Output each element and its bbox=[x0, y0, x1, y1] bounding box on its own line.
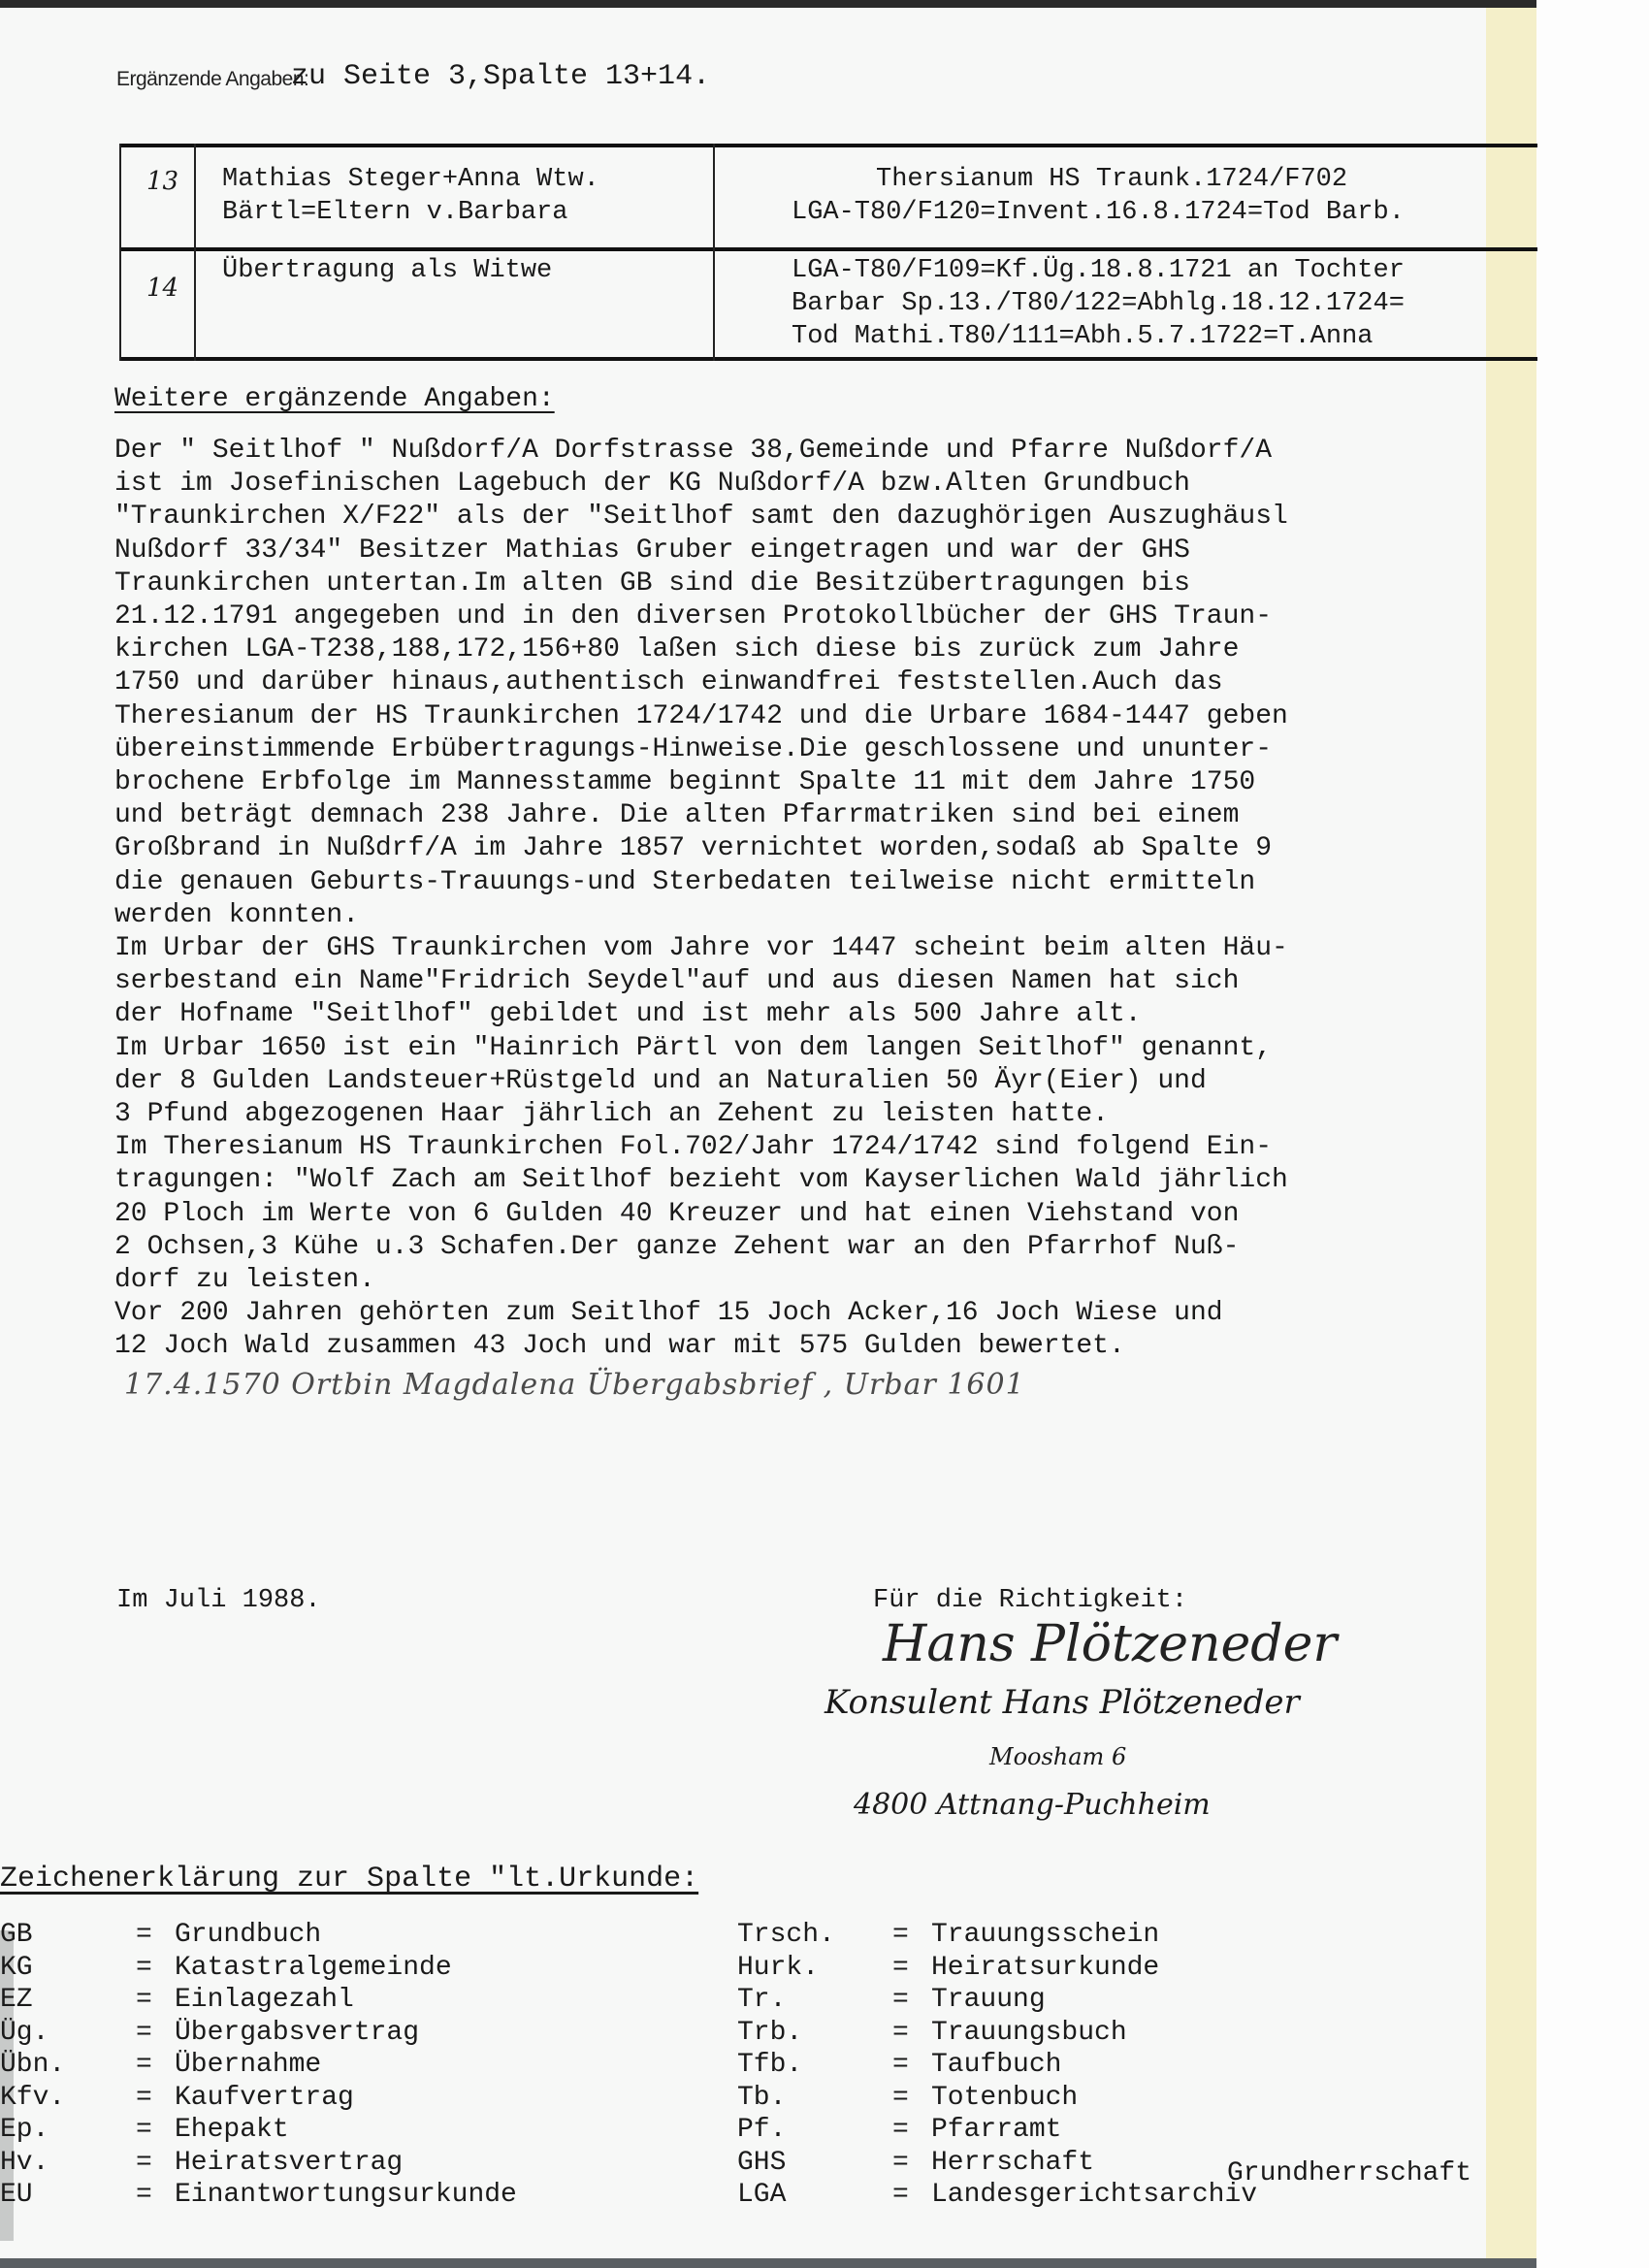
legend-equals: = bbox=[136, 2179, 175, 2212]
legend-abbreviation: Kfv. bbox=[0, 2082, 136, 2115]
legend-meaning: Trauungsschein bbox=[931, 1919, 1159, 1952]
legend-meaning: Taufbuch bbox=[931, 2049, 1061, 2082]
legend-meaning: Heiratsvertrag bbox=[175, 2147, 403, 2180]
certification-label: Für die Richtigkeit: bbox=[873, 1586, 1187, 1615]
legend-left-column: GB=GrundbuchKG=KatastralgemeindeEZ=Einla… bbox=[0, 1919, 517, 2212]
table-row-divider bbox=[119, 247, 1537, 251]
body-line: Im Theresianum HS Traunkirchen Fol.702/J… bbox=[114, 1131, 1550, 1164]
row-description-line: Mathias Steger+Anna Wtw. bbox=[222, 163, 599, 196]
body-line: 3 Pfund abgezogenen Haar jährlich an Zeh… bbox=[114, 1098, 1550, 1131]
legend-equals: = bbox=[136, 2082, 175, 2115]
legend-equals: = bbox=[892, 1952, 931, 1985]
body-line: Im Urbar 1650 ist ein "Hainrich Pärtl vo… bbox=[114, 1032, 1550, 1065]
legend-meaning: Ehepakt bbox=[175, 2114, 289, 2147]
legend-item: Übn.=Übernahme bbox=[0, 2049, 517, 2082]
legend-item: Ep.=Ehepakt bbox=[0, 2114, 517, 2147]
ghs-addendum: Grundherrschaft bbox=[1227, 2158, 1471, 2188]
document-date: Im Juli 1988. bbox=[116, 1586, 321, 1615]
legend-abbreviation: Üg. bbox=[0, 2017, 136, 2050]
legend-item: Tfb.=Taufbuch bbox=[737, 2049, 1257, 2082]
legend-meaning: Trauungsbuch bbox=[931, 2017, 1127, 2050]
body-line: brochene Erbfolge im Mannesstamme beginn… bbox=[114, 766, 1550, 799]
body-line: die genauen Geburts-Trauungs-und Sterbed… bbox=[114, 866, 1550, 899]
body-line: "Traunkirchen X/F22" als der "Seitlhof s… bbox=[114, 501, 1550, 534]
legend-abbreviation: Hv. bbox=[0, 2147, 136, 2180]
body-line: 21.12.1791 angegeben und in den diversen… bbox=[114, 600, 1550, 633]
legend-item: Tb.=Totenbuch bbox=[737, 2082, 1257, 2115]
legend-meaning: Katastralgemeinde bbox=[175, 1952, 452, 1985]
legend-meaning: Grundbuch bbox=[175, 1919, 321, 1952]
row-reference-line: LGA-T80/F120=Invent.16.8.1724=Tod Barb. bbox=[792, 196, 1405, 229]
body-line: übereinstimmende Erbübertragungs-Hinweis… bbox=[114, 733, 1550, 766]
entries-table: 13 Mathias Steger+Anna Wtw. Bärtl=Eltern… bbox=[119, 144, 1537, 361]
row-description-line: Bärtl=Eltern v.Barbara bbox=[222, 196, 567, 229]
body-line: ist im Josefinischen Lagebuch der KG Nuß… bbox=[114, 468, 1550, 501]
legend-meaning: Kaufvertrag bbox=[175, 2082, 354, 2115]
table-border-top bbox=[119, 144, 1537, 147]
legend-item: LGA=Landesgerichtsarchiv bbox=[737, 2179, 1257, 2212]
legend-item: KG=Katastralgemeinde bbox=[0, 1952, 517, 1985]
handwritten-signature: Hans Plötzeneder bbox=[883, 1615, 1337, 1673]
body-line: 2 Ochsen,3 Kühe u.3 Schafen.Der ganze Ze… bbox=[114, 1231, 1550, 1264]
header-label: Ergänzende Angaben: bbox=[116, 68, 308, 91]
legend-equals: = bbox=[136, 1984, 175, 2017]
row-number: 14 bbox=[146, 272, 178, 305]
legend-abbreviation: EU bbox=[0, 2179, 136, 2212]
legend-equals: = bbox=[892, 2147, 931, 2180]
legend-abbreviation: EZ bbox=[0, 1984, 136, 2017]
body-line: Großbrand in Nußdrf/A im Jahre 1857 vern… bbox=[114, 832, 1550, 865]
legend-equals: = bbox=[892, 1984, 931, 2017]
table-border-left bbox=[119, 144, 121, 361]
body-line: Nußdorf 33/34" Besitzer Mathias Gruber e… bbox=[114, 535, 1550, 567]
scan-top-edge bbox=[0, 0, 1536, 8]
body-line: und beträgt demnach 238 Jahre. Die alten… bbox=[114, 799, 1550, 832]
row-description-line: Übertragung als Witwe bbox=[222, 254, 552, 287]
body-line: tragungen: "Wolf Zach am Seitlhof bezieh… bbox=[114, 1164, 1550, 1197]
stamp-city: 4800 Attnang-Puchheim bbox=[854, 1788, 1211, 1822]
body-line: Vor 200 Jahren gehörten zum Seitlhof 15 … bbox=[114, 1297, 1550, 1330]
legend-item: Üg.=Übergabsvertrag bbox=[0, 2017, 517, 2050]
body-line: 20 Ploch im Werte von 6 Gulden 40 Kreuze… bbox=[114, 1198, 1550, 1231]
legend-item: Trsch.=Trauungsschein bbox=[737, 1919, 1257, 1952]
stamp-name: Konsulent Hans Plötzeneder bbox=[824, 1683, 1300, 1722]
legend-title: Zeichenerklärung zur Spalte "lt.Urkunde: bbox=[0, 1863, 698, 1895]
row-reference-line: Thersianum HS Traunk.1724/F702 bbox=[876, 163, 1347, 196]
body-line: kirchen LGA-T238,188,172,156+80 laßen si… bbox=[114, 633, 1550, 666]
legend-meaning: Trauung bbox=[931, 1984, 1046, 2017]
legend-meaning: Pfarramt bbox=[931, 2114, 1061, 2147]
legend-meaning: Heiratsurkunde bbox=[931, 1952, 1159, 1985]
legend-equals: = bbox=[892, 2049, 931, 2082]
legend-item: Trb.=Trauungsbuch bbox=[737, 2017, 1257, 2050]
body-line: Theresianum der HS Traunkirchen 1724/174… bbox=[114, 700, 1550, 733]
underlying-page-margin bbox=[1536, 0, 1649, 2268]
body-line: der Hofname "Seitlhof" gebildet und ist … bbox=[114, 998, 1550, 1031]
table-col-divider-2 bbox=[713, 144, 715, 361]
legend-abbreviation: Trb. bbox=[737, 2017, 892, 2050]
table-col-divider-1 bbox=[194, 144, 196, 361]
legend-meaning: Herrschaft bbox=[931, 2147, 1094, 2180]
legend-abbreviation: LGA bbox=[737, 2179, 892, 2212]
row-number: 13 bbox=[146, 165, 178, 198]
legend-item: Hv.=Heiratsvertrag bbox=[0, 2147, 517, 2180]
legend-meaning: Einantwortungsurkunde bbox=[175, 2179, 517, 2212]
legend-meaning: Einlagezahl bbox=[175, 1984, 354, 2017]
scan-bottom-edge bbox=[0, 2258, 1536, 2268]
legend-equals: = bbox=[136, 2147, 175, 2180]
legend-meaning: Landesgerichtsarchiv bbox=[931, 2179, 1257, 2212]
body-line: Der " Seitlhof " Nußdorf/A Dorfstrasse 3… bbox=[114, 435, 1550, 468]
legend-item: GB=Grundbuch bbox=[0, 1919, 517, 1952]
stamp-street: Moosham 6 bbox=[989, 1743, 1126, 1770]
legend-item: Kfv.=Kaufvertrag bbox=[0, 2082, 517, 2115]
legend-meaning: Übernahme bbox=[175, 2049, 321, 2082]
row-reference-line: LGA-T80/F109=Kf.Üg.18.8.1721 an Tochter bbox=[792, 254, 1405, 287]
legend-abbreviation: KG bbox=[0, 1952, 136, 1985]
legend-meaning: Totenbuch bbox=[931, 2082, 1078, 2115]
body-line: Im Urbar der GHS Traunkirchen vom Jahre … bbox=[114, 932, 1550, 965]
legend-item: Tr.=Trauung bbox=[737, 1984, 1257, 2017]
body-line: werden konnten. bbox=[114, 899, 1550, 932]
legend-equals: = bbox=[892, 2017, 931, 2050]
further-info-body: Der " Seitlhof " Nußdorf/A Dorfstrasse 3… bbox=[114, 435, 1550, 1364]
legend-equals: = bbox=[892, 2082, 931, 2115]
legend-abbreviation: GB bbox=[0, 1919, 136, 1952]
legend-equals: = bbox=[892, 2179, 931, 2212]
row-reference-line: Tod Mathi.T80/111=Abh.5.7.1722=T.Anna bbox=[792, 320, 1374, 353]
legend-equals: = bbox=[136, 1919, 175, 1952]
legend-abbreviation: Trsch. bbox=[737, 1919, 892, 1952]
body-line: Traunkirchen untertan.Im alten GB sind d… bbox=[114, 567, 1550, 600]
legend-equals: = bbox=[136, 2114, 175, 2147]
legend-equals: = bbox=[136, 2017, 175, 2050]
legend-abbreviation: Tfb. bbox=[737, 2049, 892, 2082]
body-line: 12 Joch Wald zusammen 43 Joch und war mi… bbox=[114, 1330, 1550, 1363]
legend-item: GHS=Herrschaft bbox=[737, 2147, 1257, 2180]
legend-abbreviation: Hurk. bbox=[737, 1952, 892, 1985]
legend-equals: = bbox=[892, 2114, 931, 2147]
handwritten-note: 17.4.1570 Ortbin Magdalena Übergabsbrief… bbox=[124, 1368, 1025, 1402]
body-line: serbestand ein Name"Fridrich Seydel"auf … bbox=[114, 965, 1550, 998]
legend-meaning: Übergabsvertrag bbox=[175, 2017, 419, 2050]
further-info-title: Weitere ergänzende Angaben: bbox=[114, 384, 555, 414]
legend-abbreviation: Übn. bbox=[0, 2049, 136, 2082]
legend-abbreviation: GHS bbox=[737, 2147, 892, 2180]
legend-equals: = bbox=[892, 1919, 931, 1952]
legend-abbreviation: Ep. bbox=[0, 2114, 136, 2147]
legend-abbreviation: Pf. bbox=[737, 2114, 892, 2147]
table-border-bottom bbox=[119, 357, 1537, 361]
header-value: zu Seite 3,Spalte 13+14. bbox=[291, 60, 710, 93]
legend-equals: = bbox=[136, 2049, 175, 2082]
legend-equals: = bbox=[136, 1952, 175, 1985]
row-reference-line: Barbar Sp.13./T80/122=Abhlg.18.12.1724= bbox=[792, 287, 1405, 320]
legend-item: EZ=Einlagezahl bbox=[0, 1984, 517, 2017]
legend-right-column: Trsch.=TrauungsscheinHurk.=Heiratsurkund… bbox=[737, 1919, 1257, 2212]
legend-abbreviation: Tr. bbox=[737, 1984, 892, 2017]
legend-item: Hurk.=Heiratsurkunde bbox=[737, 1952, 1257, 1985]
legend-abbreviation: Tb. bbox=[737, 2082, 892, 2115]
body-line: der 8 Gulden Landsteuer+Rüstgeld und an … bbox=[114, 1065, 1550, 1098]
legend-item: EU=Einantwortungsurkunde bbox=[0, 2179, 517, 2212]
legend-item: Pf.=Pfarramt bbox=[737, 2114, 1257, 2147]
body-line: dorf zu leisten. bbox=[114, 1264, 1550, 1297]
body-line: 1750 und darüber hinaus,authentisch einw… bbox=[114, 666, 1550, 699]
